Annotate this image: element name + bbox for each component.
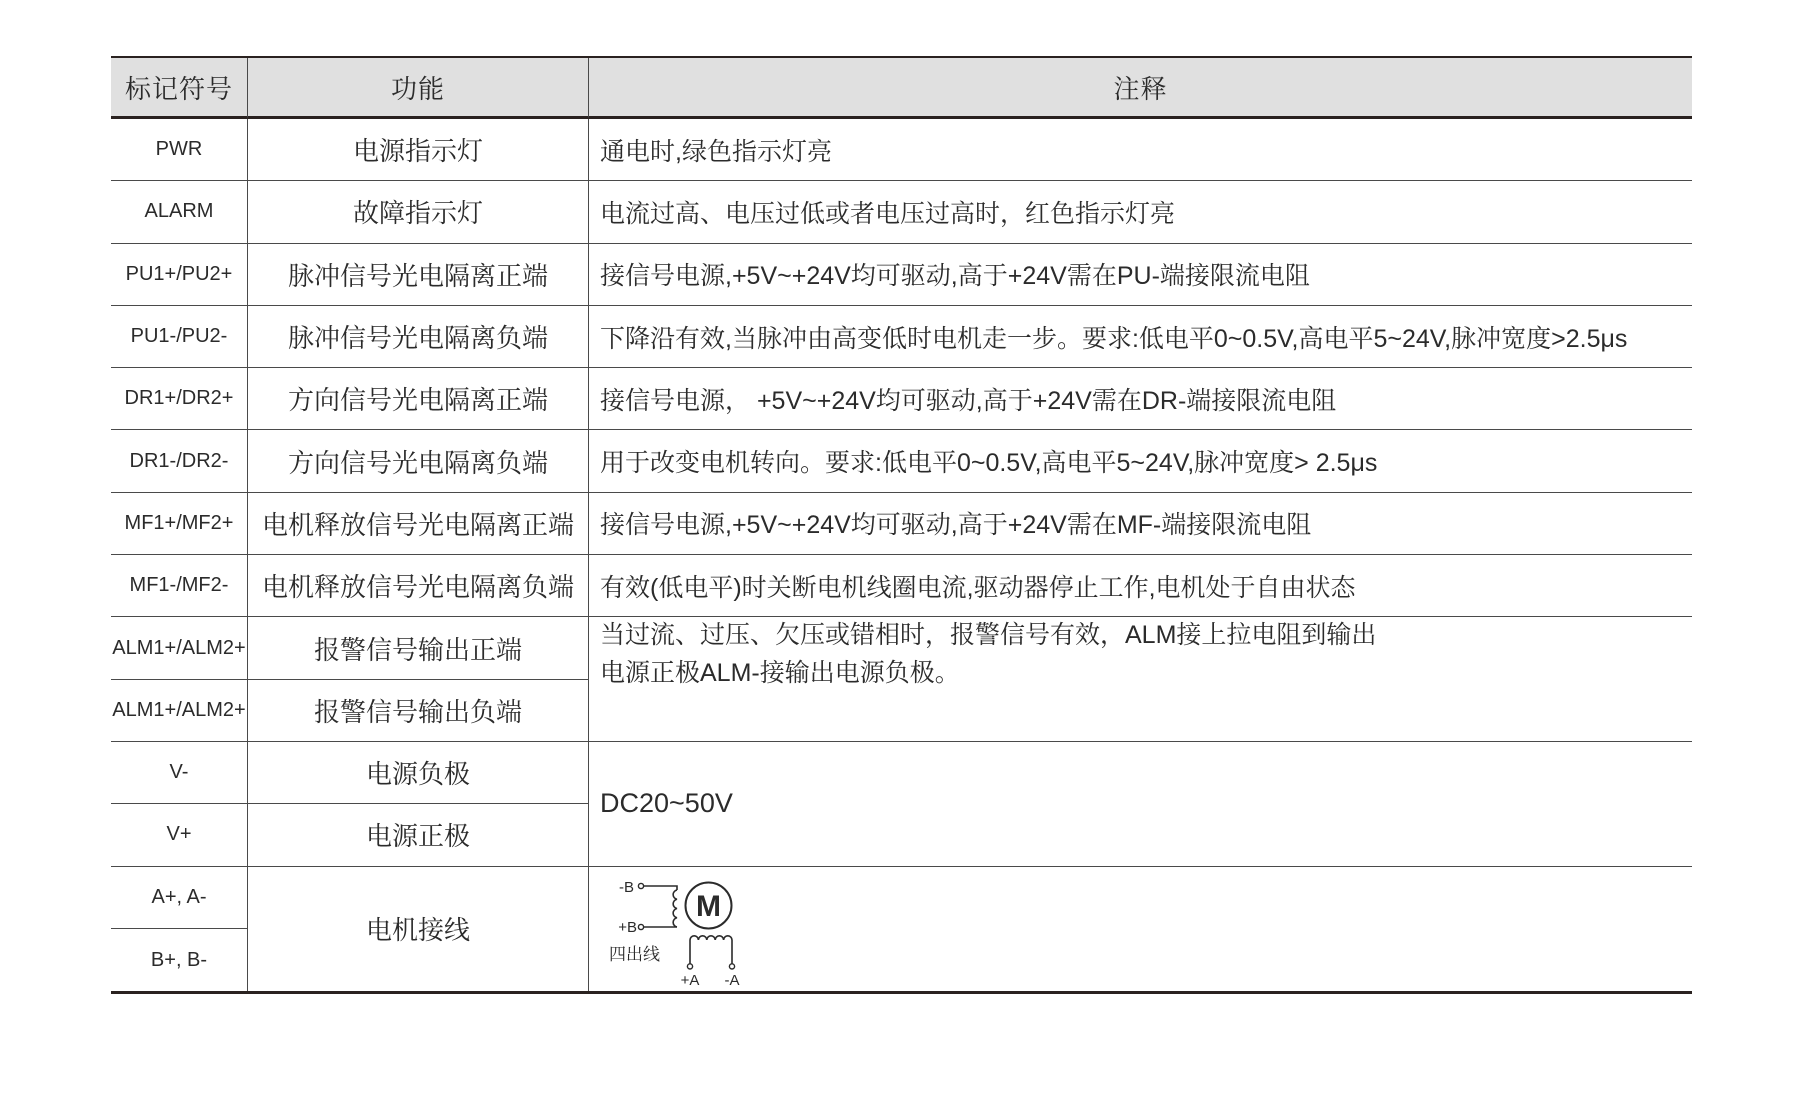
cell-symbol: B+, B- [111, 929, 248, 991]
cell-symbol: MF1-/MF2- [111, 555, 248, 617]
cell-symbol: PWR [111, 119, 248, 181]
four-lead-caption: 四出线 [609, 945, 660, 964]
terminal-label-a-minus: -A [725, 972, 740, 989]
cell-note: 下降沿有效,当脉冲由高变低时电机走一步。要求:低电平0~0.5V,高电平5~24… [589, 306, 1692, 368]
motor-letter: M [696, 890, 721, 923]
cell-function: 方向信号光电隔离正端 [248, 368, 589, 430]
cell-symbol: ALARM [111, 181, 248, 243]
cell-note: 接信号电源,+5V~+24V均可驱动,高于+24V需在MF-端接限流电阻 [589, 493, 1692, 555]
cell-symbol: MF1+/MF2+ [111, 493, 248, 555]
terminal-dot-a-minus [729, 964, 734, 969]
cell-symbol: ALM1+/ALM2+ [111, 680, 248, 742]
terminal-dot-a-plus [687, 964, 692, 969]
column-header-symbol: 标记符号 [111, 58, 248, 119]
coil-b-icon [673, 890, 677, 927]
terminal-label-a-plus: +A [681, 972, 700, 989]
cell-function: 脉冲信号光电隔离负端 [248, 306, 589, 368]
cell-function: 故障指示灯 [248, 181, 589, 243]
terminal-label-b-minus: -B [619, 879, 634, 896]
cell-symbol: A+, A- [111, 867, 248, 929]
cell-note: 电流过高、电压过低或者电压过高时，红色指示灯亮 [589, 181, 1692, 243]
cell-symbol: PU1-/PU2- [111, 306, 248, 368]
terminal-table: 标记符号 功能 注释 PWR 电源指示灯 通电时,绿色指示灯亮 ALARM 故障… [111, 56, 1692, 994]
cell-symbol: ALM1+/ALM2+ [111, 617, 248, 679]
cell-function-motor-merged: 电机接线 [248, 867, 589, 992]
cell-function: 方向信号光电隔离负端 [248, 430, 589, 492]
cell-function: 电源指示灯 [248, 119, 589, 181]
cell-function: 电机释放信号光电隔离正端 [248, 493, 589, 555]
cell-note: 接信号电源,+5V~+24V均可驱动,高于+24V需在PU-端接限流电阻 [589, 244, 1692, 306]
terminal-dot-b-plus [638, 924, 643, 929]
cell-symbol: DR1-/DR2- [111, 430, 248, 492]
cell-symbol: V- [111, 742, 248, 804]
cell-note: 接信号电源， +5V~+24V均可驱动,高于+24V需在DR-端接限流电阻 [589, 368, 1692, 430]
cell-function: 电源负极 [248, 742, 589, 804]
coil-a-icon [690, 936, 732, 940]
cell-symbol: PU1+/PU2+ [111, 244, 248, 306]
cell-symbol: DR1+/DR2+ [111, 368, 248, 430]
cell-note: 通电时,绿色指示灯亮 [589, 119, 1692, 181]
cell-note: 用于改变电机转向。要求:低电平0~0.5V,高电平5~24V,脉冲宽度> 2.5… [589, 430, 1692, 492]
column-header-note: 注释 [589, 58, 1692, 119]
wire-b-minus [644, 886, 677, 890]
cell-note-alarm-merged: 当过流、过压、欠压或错相时，报警信号有效，ALM接上拉电阻到输出 电源正极ALM… [589, 617, 1692, 742]
alarm-note-line1: 当过流、过压、欠压或错相时，报警信号有效，ALM接上拉电阻到输出 [600, 617, 1376, 655]
cell-function: 脉冲信号光电隔离正端 [248, 244, 589, 306]
cell-note: 有效(低电平)时关断电机线圈电流,驱动器停止工作,电机处于自由状态 [589, 555, 1692, 617]
cell-function: 报警信号输出正端 [248, 617, 589, 679]
cell-function: 电机释放信号光电隔离负端 [248, 555, 589, 617]
terminal-label-b-plus: +B [618, 919, 637, 936]
column-header-function: 功能 [248, 58, 589, 119]
cell-note-power-merged: DC20~50V [589, 742, 1692, 867]
cell-function: 报警信号输出负端 [248, 680, 589, 742]
cell-note-motor-diagram: -B +B M +A -A 四出线 [589, 867, 1692, 992]
cell-function: 电源正极 [248, 804, 589, 866]
terminal-description-page: 标记符号 功能 注释 PWR 电源指示灯 通电时,绿色指示灯亮 ALARM 故障… [0, 0, 1800, 1097]
terminal-dot-b-minus [638, 883, 643, 888]
motor-wiring-diagram: -B +B M +A -A 四出线 [600, 868, 765, 990]
cell-symbol: V+ [111, 804, 248, 866]
alarm-note-line2: 电源正极ALM-接输出电源负极。 [600, 655, 960, 693]
